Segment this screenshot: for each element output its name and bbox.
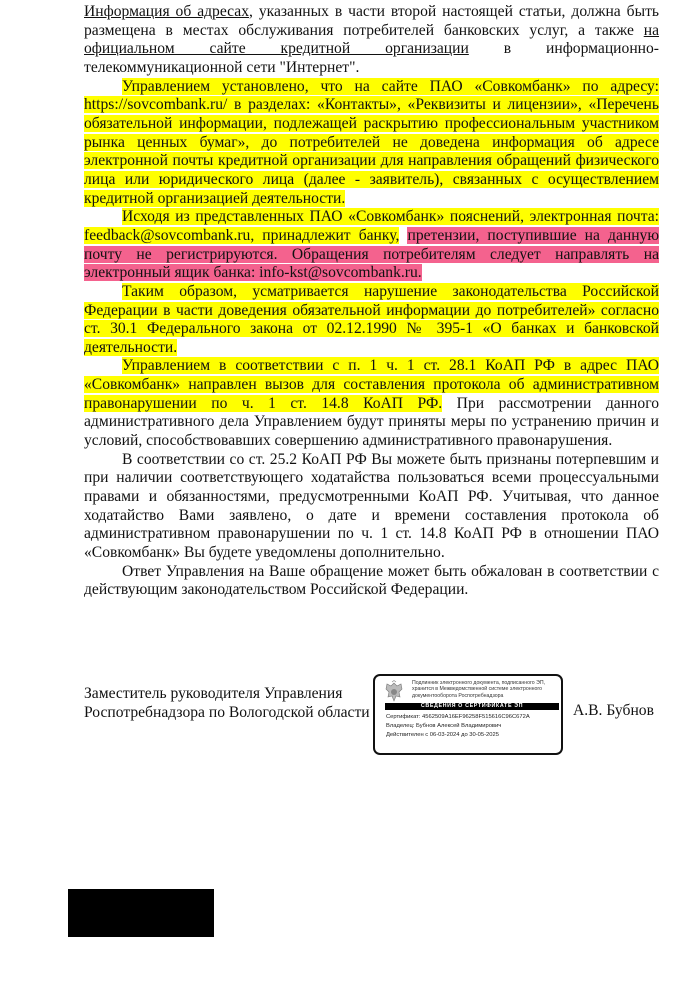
highlighted-text: Таким образом, усматривается нарушение з… [84,283,659,356]
signatory-position: Заместитель руководителя Управления Росп… [84,684,370,722]
paragraph-bank-explanation: Исходя из представленных ПАО «Совкомбанк… [84,208,659,283]
stamp-header: Подлинник электронного документа, подпис… [412,680,562,699]
paragraph-victim-rights: В соответствии со ст. 25.2 КоАП РФ Вы мо… [84,451,659,563]
paragraph-violation: Таким образом, усматривается нарушение з… [84,283,659,358]
certificate-number: Сертификат: 4562509A16EF96258F515616C96C… [386,713,530,722]
signer-name: А.В. Бубнов [573,702,654,720]
redaction-block [68,889,214,937]
document-body: Информация об адресах, указанных в части… [84,3,659,600]
certificate-owner: Владелец: Бубнов Алексей Владимирович [386,722,530,731]
stamp-title: СВЕДЕНИЯ О СЕРТИФИКАТЕ ЭП [385,703,559,710]
paragraph-finding: Управлением установлено, что на сайте ПА… [84,78,659,209]
coat-of-arms-icon [383,680,405,704]
highlighted-text: Управлением установлено, что на сайте ПА… [84,78,659,207]
underlined-text: Информация об адресах [84,3,249,20]
certificate-validity: Действителен с 06-03-2024 до 30-05-2025 [386,731,530,740]
paragraph-address-info: Информация об адресах, указанных в части… [84,3,659,78]
paragraph-protocol-summons: Управлением в соответствии с п. 1 ч. 1 с… [84,357,659,450]
certificate-details: Сертификат: 4562509A16EF96258F515616C96C… [386,713,530,740]
e-signature-stamp: Подлинник электронного документа, подпис… [373,674,563,755]
paragraph-appeal: Ответ Управления на Ваше обращение может… [84,563,659,600]
